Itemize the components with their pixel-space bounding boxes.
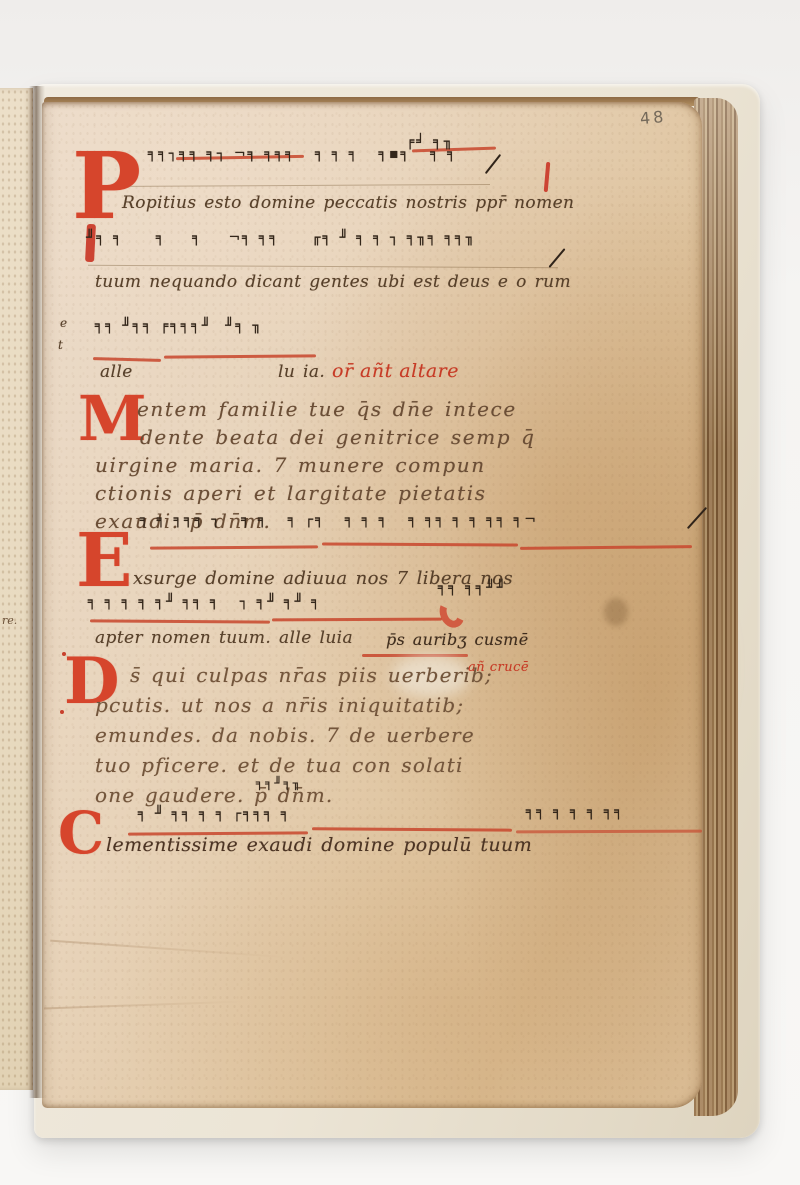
chant-text-line: Ropitius esto domine peccatis nostris pp… xyxy=(122,193,574,213)
prayer-line: entem familie tue q̄s dn̄e intece xyxy=(137,397,517,421)
rubric-oratio-antiphona: or̄ añt altare xyxy=(332,360,459,382)
prayer-line: s̄ qui culpas nr̄as piis uerberib; xyxy=(130,663,493,687)
prayer-line: pcutis. ut nos a nr̄is iniquitatib; xyxy=(95,693,464,717)
neume-row: ╕ ╜ ╕╕ ╕ ╕ ┌╕╕╕ ╕ xyxy=(138,806,291,822)
red-staff-line xyxy=(516,830,702,834)
margin-mark: e xyxy=(60,316,68,330)
neume-row: ╕ ╕ ╕ ╕ ╕╜ ╕╕ ╕ ┐ ╕╜ ╕╜ ╕ xyxy=(88,594,322,610)
neume-row: ╜╕ ╕ ╕ ╕ ¬╕ ╕╕ ╓╕ ╜ ╕ ╕ ┐ ╕╖╕ ╕╕╖ xyxy=(86,230,476,246)
prayer-line: dente beata dei genitrice semp q̄ xyxy=(140,425,536,449)
manuscript-photo: 48 ╕╕┐╕╕ ╕┐ ¬╕ ╕╕╕ ╕ ╕ ╕ ╕▪╕ ╕ ╕ ╒╛ ╕╖ P… xyxy=(0,0,800,1185)
margin-mark: t xyxy=(58,338,63,352)
gutter-shadow xyxy=(29,86,45,1098)
verso-text-fragment: re. xyxy=(2,614,17,627)
neume-row: ╕╕ ╕╕╜╜ xyxy=(438,580,507,596)
ink-smudge xyxy=(604,598,628,626)
chant-text-word: lu ia. xyxy=(278,362,325,382)
red-ink-dot xyxy=(60,710,64,714)
red-initial-E: E xyxy=(76,532,132,591)
chant-text-word: alle xyxy=(100,362,133,382)
neume-row: ╒╛ ╕╖ xyxy=(406,134,454,150)
neume-row: ╕╕ ╕ ╕ ╕ ╕╕ xyxy=(526,804,625,820)
prayer-line: ctionis aperi et largitate pietatis xyxy=(95,481,487,505)
folio-number: 48 xyxy=(639,107,667,128)
neume-row: ╕ ╕ ╕╕╕ ┐ ╕ ╕ ╕ ┌╕ ╕ ╕ ╕ ╕ ╕╕ ╕ ╕ ╕╕ ╕¬ xyxy=(140,512,538,528)
prayer-line: emundes. da nobis. 7 de uerbere xyxy=(95,723,475,747)
prayer-line: uirgine maria. 7 munere compun xyxy=(95,453,486,477)
neume-row: ╕╕╜╕╖ xyxy=(256,776,302,790)
prayer-line: tuo pficere. et de tua con solati xyxy=(95,753,464,777)
red-initial-C: C xyxy=(58,810,104,856)
chant-text-line: tuum nequando dicant gentes ubi est deus… xyxy=(95,272,571,292)
red-ink-dot xyxy=(62,652,66,656)
chant-text-line: apter nomen tuum. alle luia xyxy=(95,628,353,648)
chant-text-line: lementissime exaudi domine populū tuum xyxy=(106,834,532,856)
neume-row: ╕╕ ╜╕╕ ╒╕╕╕╜ ╜╕ ╖ xyxy=(95,318,263,334)
psalm-incipit: p̄s auribʒ cusmē xyxy=(386,630,529,649)
